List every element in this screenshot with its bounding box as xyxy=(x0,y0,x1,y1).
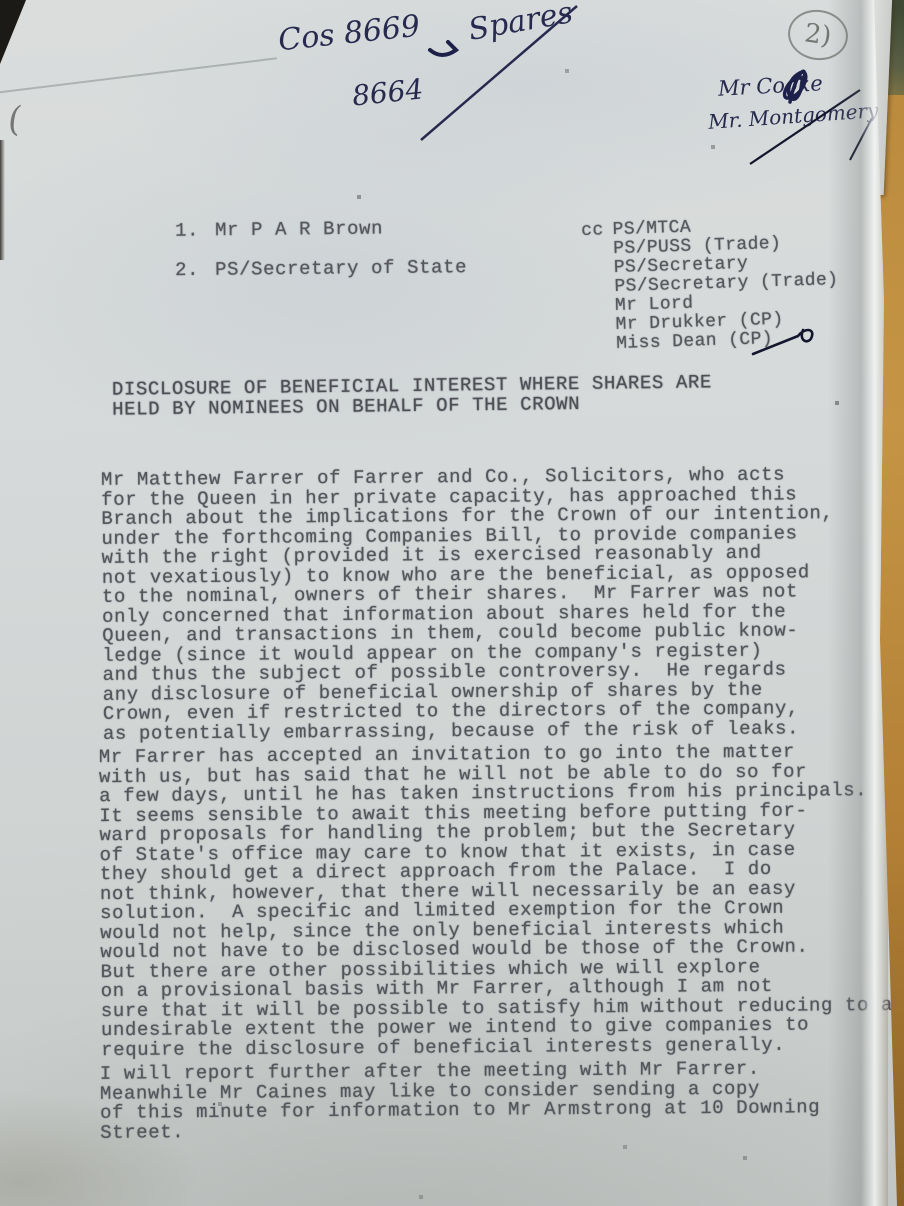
file-reference-spares: Spares xyxy=(466,0,576,48)
dust-specks xyxy=(0,0,2,2)
scanned-document: Cos 8669 Spares 8664 2) ( Mr Cooke Mr. M… xyxy=(0,0,904,1206)
paragraph-2: Mr Farrer has accepted an invitation to … xyxy=(99,742,904,1060)
addressee-name: PS/Secretary of State xyxy=(215,256,467,281)
paragraph-1: Mr Matthew Farrer of Farrer and Co., Sol… xyxy=(101,465,835,744)
pencil-bracket: ( xyxy=(7,100,23,141)
addressee-number: 2. xyxy=(175,259,215,281)
addressee-row-2: 2.PS/Secretary of State xyxy=(103,234,468,304)
cc-names: PS/MTCA PS/PUSS (Trade) PS/Secretary PS/… xyxy=(612,214,840,354)
left-edge-shadow xyxy=(0,140,5,260)
subject-heading: DISCLOSURE OF BENEFICIAL INTEREST WHERE … xyxy=(112,373,713,419)
right-edge-crease xyxy=(828,0,888,1206)
paper-sheet: Cos 8669 Spares 8664 2) ( Mr Cooke Mr. M… xyxy=(0,0,904,1206)
file-reference: Cos 8669 xyxy=(277,9,422,59)
cc-label: cc xyxy=(581,221,608,355)
fold-crease xyxy=(0,57,277,94)
cc-list: cc PS/MTCA PS/PUSS (Trade) PS/Secretary … xyxy=(581,214,841,355)
check-mark xyxy=(430,42,456,55)
routing-name-1: Mr Cooke xyxy=(717,71,823,100)
paragraph-3: I will report further after the meeting … xyxy=(100,1059,821,1143)
torn-corner xyxy=(0,0,26,64)
file-reference-second: 8664 xyxy=(350,72,424,112)
